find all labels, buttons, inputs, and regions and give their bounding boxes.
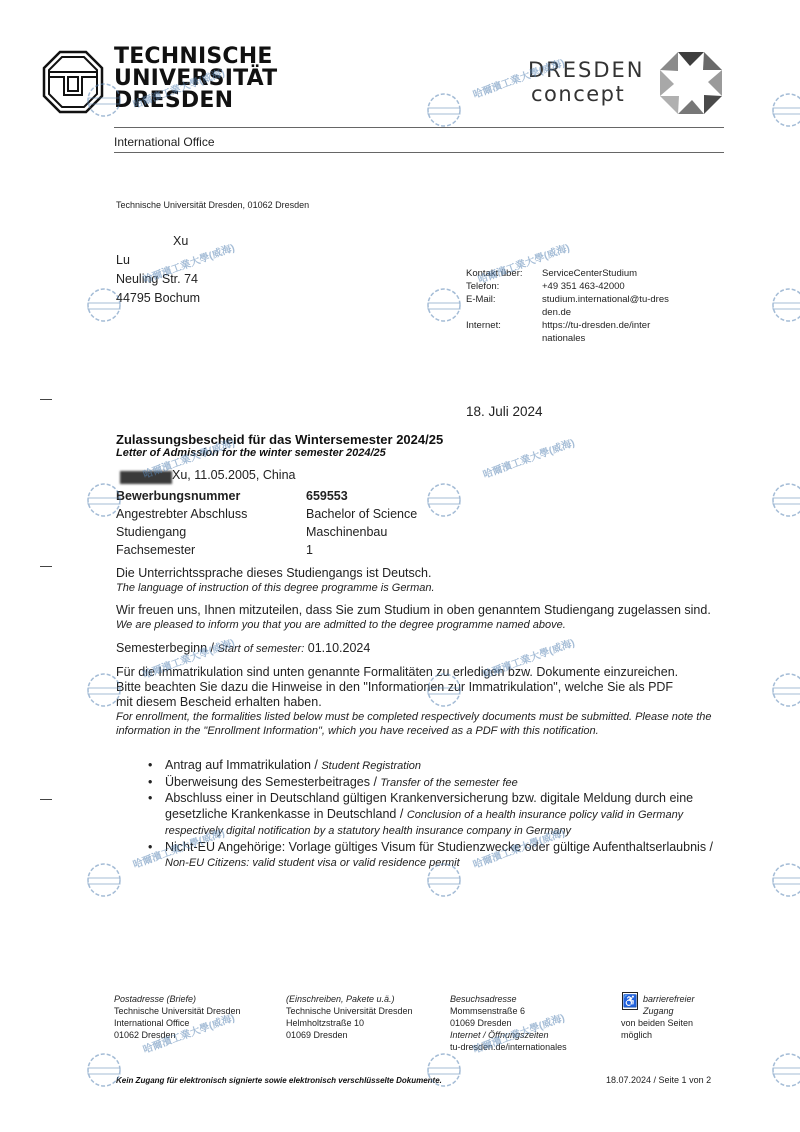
semester-label-de: Semesterbeginn /: [116, 641, 217, 655]
contact-block: Kontakt über: ServiceCenterStudium Telef…: [466, 267, 672, 345]
info-row-semester: Fachsemester 1: [116, 541, 417, 559]
contact-email[interactable]: studium.international@tu-dresden.de: [542, 293, 672, 319]
requirement-de: Antrag auf Immatrikulation /: [165, 758, 321, 772]
footer-postal-address: Postadresse (Briefe) Technische Universi…: [114, 993, 241, 1041]
admission-info-table: Bewerbungsnummer 659553 Angestrebter Abs…: [116, 487, 417, 559]
requirement-de: Überweisung des Semesterbeitrages /: [165, 775, 380, 789]
admission-paragraph: Wir freuen uns, Ihnen mitzuteilen, dass …: [116, 603, 736, 632]
language-de: Die Unterrichtssprache dieses Studiengan…: [116, 566, 726, 581]
info-label: Bewerbungsnummer: [116, 487, 306, 505]
gear-seal-icon: [420, 285, 468, 325]
university-name-line2: UNIVERSITÄT: [114, 68, 277, 90]
semester-start: Semesterbeginn / Start of semester: 01.1…: [116, 641, 726, 657]
admission-de: Wir freuen uns, Ihnen mitzuteilen, dass …: [116, 603, 736, 618]
recipient-address: Xu Lu Neuling Str. 74 44795 Bochum: [116, 232, 200, 308]
footer-postal-line: 01062 Dresden: [114, 1029, 241, 1041]
recipient-street: Neuling Str. 74: [116, 270, 200, 289]
footer-visit-line: 01069 Dresden: [450, 1017, 567, 1029]
footer-visit-address: Besuchsadresse Mommsenstraße 6 01069 Dre…: [450, 993, 567, 1053]
footer-parcel-title: (Einschreiben, Pakete u.ä.): [286, 993, 413, 1005]
fold-mark: [40, 399, 52, 400]
gear-seal-icon: [420, 480, 468, 520]
watermark-stamp: [420, 480, 468, 525]
footer-access-info: barrierefreier Zugang: [643, 993, 695, 1017]
gear-seal-icon: [765, 285, 800, 325]
letter-subtitle: Letter of Admission for the winter semes…: [116, 447, 386, 459]
university-name: TECHNISCHE UNIVERSITÄT DRESDEN: [114, 46, 277, 112]
footer-web-title: Internet / Öffnungszeiten: [450, 1029, 567, 1041]
info-row-degree: Angestrebter Abschluss Bachelor of Scien…: [116, 505, 417, 523]
university-name-line3: DRESDEN: [114, 90, 277, 112]
contact-row: E-Mail: studium.international@tu-dresden…: [466, 293, 672, 319]
watermark-stamp: [420, 1050, 468, 1095]
watermark-stamp: [765, 480, 800, 525]
dresden-concept-wordmark: DRESDEN concept: [528, 58, 645, 106]
requirement-de: Nicht-EU Angehörige: Vorlage gültiges Vi…: [165, 840, 713, 854]
info-label: Angestrebter Abschluss: [116, 505, 306, 523]
page-info: 18.07.2024 / Seite 1 von 2: [606, 1075, 711, 1085]
access-line: möglich: [621, 1029, 693, 1041]
footer-postal-line: Technische Universität Dresden: [114, 1005, 241, 1017]
dresden-concept-logo-icon: [656, 48, 726, 118]
requirement-en: Non-EU Citizens: valid student visa or v…: [165, 857, 460, 869]
fold-mark: [40, 799, 52, 800]
fold-mark: [40, 566, 52, 567]
header-rule-top: [114, 127, 724, 128]
requirement-item: Nicht-EU Angehörige: Vorlage gültiges Vi…: [148, 840, 728, 872]
wheelchair-icon: ♿: [622, 992, 638, 1010]
watermark-text: 哈爾濱工業大學(威海): [480, 434, 576, 481]
gear-seal-icon: [80, 860, 128, 900]
admission-en: We are pleased to inform you that you ar…: [116, 618, 736, 632]
contact-row: Telefon: +49 351 463-42000: [466, 280, 672, 293]
header-rule-bottom: [114, 152, 724, 153]
info-value: Bachelor of Science: [306, 505, 417, 523]
requirement-item: Abschluss einer in Deutschland gültigen …: [148, 791, 728, 840]
info-label: Fachsemester: [116, 541, 306, 559]
contact-row: Kontakt über: ServiceCenterStudium: [466, 267, 672, 280]
recipient-city: 44795 Bochum: [116, 289, 200, 308]
watermark-stamp: [80, 1050, 128, 1095]
requirements-list: Antrag auf Immatrikulation / Student Reg…: [148, 758, 728, 872]
watermark-stamp: [420, 285, 468, 330]
requirement-en: Transfer of the semester fee: [380, 777, 517, 789]
info-value: 1: [306, 541, 313, 559]
contact-phone: +49 351 463-42000: [542, 280, 672, 293]
department-name: International Office: [114, 135, 215, 149]
contact-row: Internet: https://tu-dresden.de/internat…: [466, 319, 672, 345]
contact-label: E-Mail:: [466, 293, 542, 319]
contact-value: ServiceCenterStudium: [542, 267, 672, 280]
info-row-programme: Studiengang Maschinenbau: [116, 523, 417, 541]
gear-seal-icon: [765, 1050, 800, 1090]
footer-parcel-line: Helmholtzstraße 10: [286, 1017, 413, 1029]
letter-title: Zulassungsbescheid für das Wintersemeste…: [116, 432, 443, 447]
contact-label: Internet:: [466, 319, 542, 345]
contact-website[interactable]: https://tu-dresden.de/internationales: [542, 319, 652, 345]
info-value: Maschinenbau: [306, 523, 387, 541]
enrollment-en: For enrollment, the formalities listed b…: [116, 710, 716, 738]
gear-seal-icon: [765, 860, 800, 900]
watermark-stamp: [765, 1050, 800, 1095]
contact-label: Kontakt über:: [466, 267, 542, 280]
gear-seal-icon: [765, 670, 800, 710]
watermark-stamp: [765, 670, 800, 715]
semester-date: 01.10.2024: [304, 641, 370, 655]
gear-seal-icon: [420, 90, 468, 130]
watermark-stamp: [765, 90, 800, 135]
tu-dresden-logo-icon: [42, 50, 104, 114]
dresden-concept-line2: concept: [528, 82, 645, 106]
watermark-stamp: [765, 860, 800, 905]
language-en: The language of instruction of this degr…: [116, 581, 726, 595]
info-value: 659553: [306, 487, 348, 505]
university-name-line1: TECHNISCHE: [114, 46, 277, 68]
applicant-line: Xu, 11.05.2005, China: [172, 468, 295, 482]
sender-line: Technische Universität Dresden, 01062 Dr…: [116, 200, 309, 210]
footer-postal-title: Postadresse (Briefe): [114, 993, 241, 1005]
enrollment-de: Für die Immatrikulation sind unten genan…: [116, 665, 686, 710]
watermark-stamp: [80, 860, 128, 905]
footer-web-link[interactable]: tu-dresden.de/internationales: [450, 1041, 567, 1053]
footer-access-note: von beiden Seiten möglich: [621, 1017, 693, 1041]
footer-disclaimer: Kein Zugang für elektronisch signierte s…: [116, 1076, 442, 1085]
contact-label: Telefon:: [466, 280, 542, 293]
footer-postal-line: International Office: [114, 1017, 241, 1029]
recipient-name-line1: Xu: [116, 232, 200, 251]
requirement-en: Student Registration: [321, 760, 421, 772]
dresden-concept-line1: DRESDEN: [528, 58, 645, 82]
access-line: Zugang: [643, 1005, 695, 1017]
recipient-name-line2: Lu: [116, 251, 200, 270]
access-line: barrierefreier: [643, 993, 695, 1005]
footer-parcel-line: Technische Universität Dresden: [286, 1005, 413, 1017]
redacted-name-block: [120, 471, 172, 484]
enrollment-paragraph: Für die Immatrikulation sind unten genan…: [116, 665, 686, 738]
requirement-item: Antrag auf Immatrikulation / Student Reg…: [148, 758, 728, 775]
language-paragraph: Die Unterrichtssprache dieses Studiengan…: [116, 566, 726, 595]
watermark-stamp: [765, 285, 800, 330]
gear-seal-icon: [765, 90, 800, 130]
info-row-application-number: Bewerbungsnummer 659553: [116, 487, 417, 505]
semester-label-en: Start of semester:: [217, 643, 304, 655]
footer-visit-title: Besuchsadresse: [450, 993, 567, 1005]
letter-date: 18. Juli 2024: [466, 404, 543, 419]
footer-parcel-address: (Einschreiben, Pakete u.ä.) Technische U…: [286, 993, 413, 1041]
watermark-stamp: [420, 90, 468, 135]
gear-seal-icon: [765, 480, 800, 520]
footer-parcel-line: 01069 Dresden: [286, 1029, 413, 1041]
info-label: Studiengang: [116, 523, 306, 541]
requirement-item: Überweisung des Semesterbeitrages / Tran…: [148, 775, 728, 792]
footer-visit-line: Mommsenstraße 6: [450, 1005, 567, 1017]
access-line: von beiden Seiten: [621, 1017, 693, 1029]
